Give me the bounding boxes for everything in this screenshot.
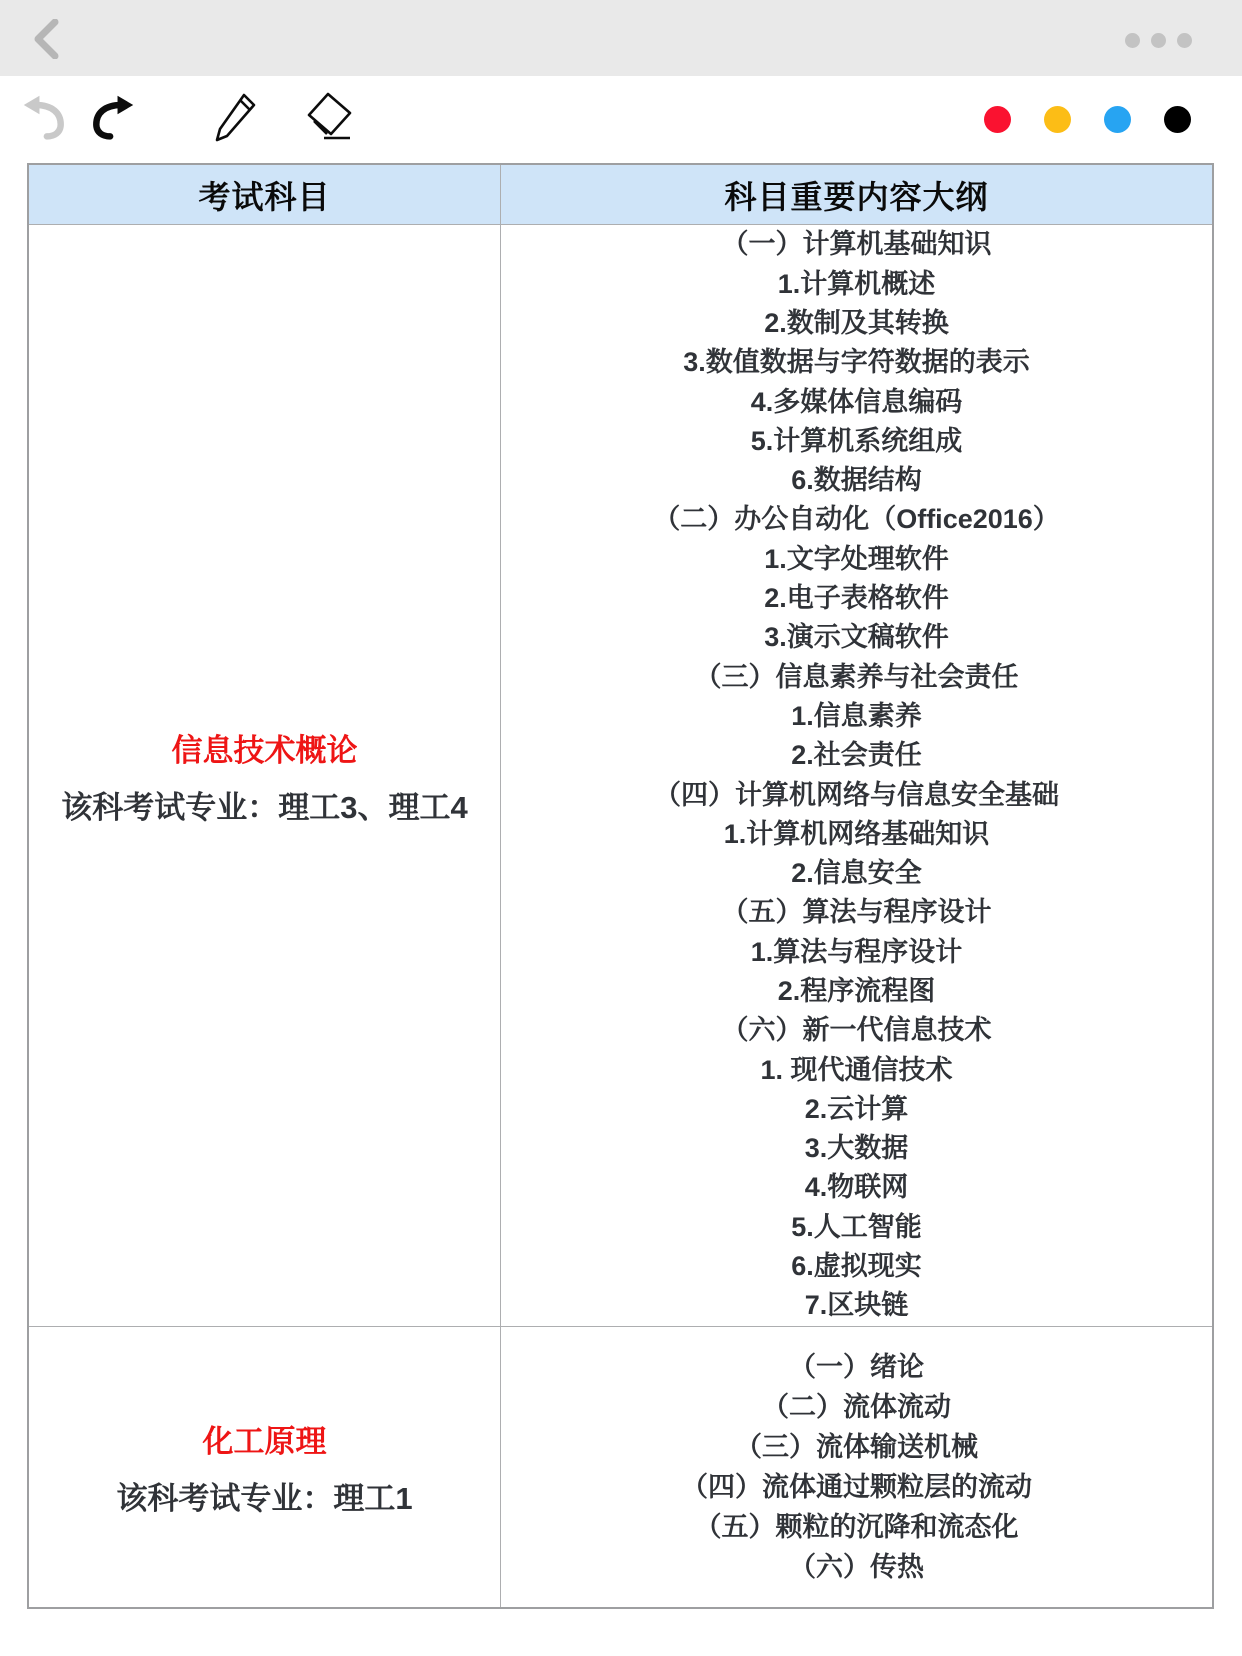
table-row-subject-cell: 化工原理 该科考试专业：理工1 <box>29 1327 501 1607</box>
outline-item: 2.程序流程图 <box>778 972 936 1011</box>
outline-item: （四）流体通过颗粒层的流动 <box>681 1467 1032 1507</box>
table-header-outline: 科目重要内容大纲 <box>501 165 1212 225</box>
table-row-outline-cell: （一）绪论（二）流体流动（三）流体输送机械（四）流体通过颗粒层的流动（五）颗粒的… <box>501 1327 1212 1607</box>
back-button[interactable] <box>28 19 64 59</box>
outline-item: （五）颗粒的沉降和流态化 <box>695 1507 1019 1547</box>
more-button[interactable] <box>1125 32 1192 48</box>
pencil-icon <box>213 92 259 142</box>
header-label: 科目重要内容大纲 <box>724 172 988 218</box>
outline-item: 1. 现代通信技术 <box>760 1051 952 1090</box>
outline-item: （一）绪论 <box>789 1347 924 1387</box>
outline-item: （四）计算机网络与信息安全基础 <box>654 776 1059 815</box>
subject-title: 化工原理 <box>203 1416 327 1461</box>
ellipsis-icon <box>1125 33 1140 48</box>
eraser-tool-button[interactable] <box>300 88 356 146</box>
outline-item: 5.计算机系统组成 <box>751 422 963 461</box>
color-swatch-blue[interactable] <box>1104 106 1131 133</box>
color-swatch-black[interactable] <box>1164 106 1191 133</box>
outline-item: 4.多媒体信息编码 <box>751 383 963 422</box>
annotation-toolbar <box>0 76 1242 162</box>
color-swatch-yellow[interactable] <box>1044 106 1071 133</box>
outline-item: （二）流体流动 <box>762 1387 951 1427</box>
outline-item: 2.电子表格软件 <box>764 579 949 618</box>
exam-subjects-table: 考试科目 科目重要内容大纲 信息技术概论 该科考试专业：理工3、理工4 （一）计… <box>27 163 1214 1609</box>
color-swatch-red[interactable] <box>984 106 1011 133</box>
table-header-subject: 考试科目 <box>29 165 501 225</box>
undo-button[interactable] <box>17 88 73 146</box>
outline-item: 3.数值数据与字符数据的表示 <box>683 343 1030 382</box>
outline-item: （六）传热 <box>789 1547 924 1587</box>
outline-item: （六）新一代信息技术 <box>722 1011 992 1050</box>
outline-item: 3.演示文稿软件 <box>764 618 949 657</box>
ellipsis-icon <box>1177 33 1192 48</box>
outline-item: （一）计算机基础知识 <box>722 225 992 264</box>
table-row-outline-cell: （一）计算机基础知识1.计算机概述2.数制及其转换3.数值数据与字符数据的表示4… <box>501 225 1212 1327</box>
redo-button[interactable] <box>84 88 140 146</box>
outline-item: 7.区块链 <box>805 1286 909 1325</box>
pencil-tool-button[interactable] <box>208 88 264 146</box>
outline-item: 6.虚拟现实 <box>791 1247 922 1286</box>
eraser-icon <box>302 92 354 142</box>
outline-item: 1.算法与程序设计 <box>751 933 963 972</box>
outline-item: 1.计算机网络基础知识 <box>724 815 990 854</box>
top-nav-bar <box>0 0 1242 76</box>
outline-item: 2.社会责任 <box>791 736 922 775</box>
subject-majors: 该科考试专业：理工1 <box>116 1473 412 1518</box>
outline-item: （五）算法与程序设计 <box>722 893 992 932</box>
outline-item: 1.文字处理软件 <box>764 540 949 579</box>
outline-item: 1.信息素养 <box>791 697 922 736</box>
undo-icon <box>21 94 69 140</box>
outline-item: 2.信息安全 <box>791 854 922 893</box>
subject-majors: 该科考试专业：理工3、理工4 <box>61 782 467 827</box>
outline-item: 2.云计算 <box>805 1090 909 1129</box>
outline-item: （二）办公自动化（Office2016） <box>653 500 1060 539</box>
header-label: 考试科目 <box>198 172 330 218</box>
color-swatches <box>984 90 1191 148</box>
outline-item: 4.物联网 <box>805 1168 909 1207</box>
ellipsis-icon <box>1151 33 1166 48</box>
subject-title: 信息技术概论 <box>172 725 358 770</box>
redo-icon <box>88 94 136 140</box>
outline-item: （三）流体输送机械 <box>735 1427 978 1467</box>
chevron-left-icon <box>33 19 59 59</box>
outline-item: 5.人工智能 <box>791 1208 922 1247</box>
table-row-subject-cell: 信息技术概论 该科考试专业：理工3、理工4 <box>29 225 501 1327</box>
outline-item: 1.计算机概述 <box>778 265 936 304</box>
outline-item: 2.数制及其转换 <box>764 304 949 343</box>
outline-item: 6.数据结构 <box>791 461 922 500</box>
outline-item: 3.大数据 <box>805 1129 909 1168</box>
outline-item: （三）信息素养与社会责任 <box>695 658 1019 697</box>
